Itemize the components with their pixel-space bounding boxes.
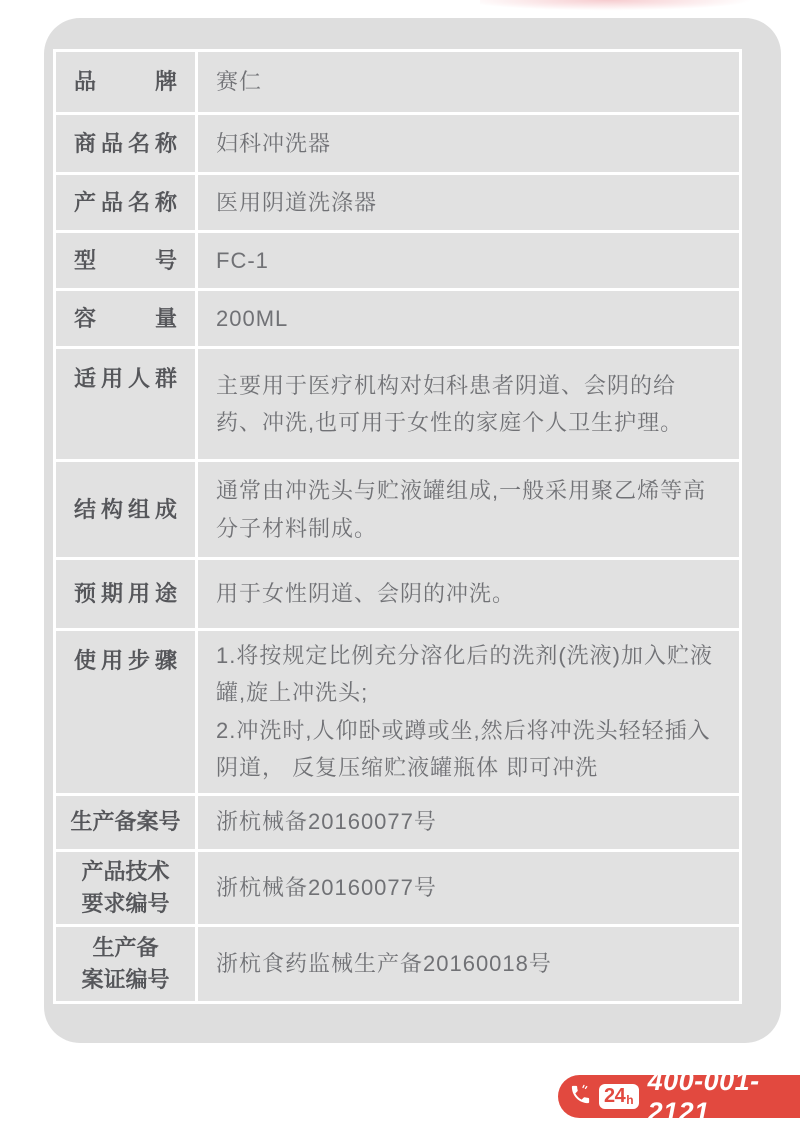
spec-row-intended-use: 预期用途 用于女性阴道、会阴的冲洗。 [56, 560, 739, 628]
spec-label-composition: 结构组成 [56, 462, 195, 557]
label-text: 商品名称 [74, 128, 177, 160]
spec-label-production-record-cert-no: 生产备 案证编号 [56, 927, 195, 1001]
spec-label-target-users: 适用人群 [56, 349, 195, 459]
spec-row-target-users: 适用人群 主要用于医疗机构对妇科患者阴道、会阴的给药、冲洗,也可用于女性的家庭个… [56, 349, 739, 459]
spec-value-composition: 通常由冲洗头与贮液罐组成,一般采用聚乙烯等高分子材料制成。 [198, 462, 739, 557]
label-text: 容量 [74, 303, 177, 335]
label-text: 产品名称 [74, 187, 177, 219]
label-text: 生产备案号 [70, 806, 180, 838]
spec-row-product-name: 商品名称 妇科冲洗器 [56, 115, 739, 172]
hotline-phone-number: 400-001-2121 [648, 1066, 800, 1121]
label-text: 型号 [74, 245, 177, 277]
spec-row-capacity: 容量 200ML [56, 291, 739, 346]
spec-row-technical-requirements-no: 产品技术 要求编号 浙杭械备20160077号 [56, 852, 739, 924]
label-text: 生产备 案证编号 [81, 932, 169, 996]
24h-badge: 24h [599, 1084, 639, 1109]
spec-value-usage-steps: 1.将按规定比例充分溶化后的洗剂(洗液)加入贮液罐,旋上冲洗头; 2.冲洗时,人… [198, 631, 739, 793]
spec-label-usage-steps: 使用步骤 [56, 631, 195, 793]
spec-label-capacity: 容量 [56, 291, 195, 346]
spec-row-registered-name: 产品名称 医用阴道洗涤器 [56, 175, 739, 230]
spec-row-brand: 品牌 赛仁 [56, 52, 739, 112]
spec-row-model: 型号 FC-1 [56, 233, 739, 288]
spec-table: 品牌 赛仁 商品名称 妇科冲洗器 产品名称 医用阴道洗涤器 型号 FC-1 容量… [53, 49, 742, 1004]
spec-row-composition: 结构组成 通常由冲洗头与贮液罐组成,一般采用聚乙烯等高分子材料制成。 [56, 462, 739, 557]
spec-row-usage-steps: 使用步骤 1.将按规定比例充分溶化后的洗剂(洗液)加入贮液罐,旋上冲洗头; 2.… [56, 631, 739, 793]
spec-label-registered-name: 产品名称 [56, 175, 195, 230]
label-text: 预期用途 [74, 578, 177, 610]
spec-value-intended-use: 用于女性阴道、会阴的冲洗。 [198, 560, 739, 628]
spec-row-production-record-no: 生产备案号 浙杭械备20160077号 [56, 796, 739, 849]
spec-value-technical-requirements-no: 浙杭械备20160077号 [198, 852, 739, 924]
phone-handset-icon [569, 1083, 592, 1111]
spec-value-production-record-cert-no: 浙杭食药监械生产备20160018号 [198, 927, 739, 1001]
spec-label-technical-requirements-no: 产品技术 要求编号 [56, 852, 195, 924]
spec-value-brand: 赛仁 [198, 52, 739, 112]
spec-value-production-record-no: 浙杭械备20160077号 [198, 796, 739, 849]
spec-value-product-name: 妇科冲洗器 [198, 115, 739, 172]
spec-label-intended-use: 预期用途 [56, 560, 195, 628]
spec-value-target-users: 主要用于医疗机构对妇科患者阴道、会阴的给药、冲洗,也可用于女性的家庭个人卫生护理… [198, 349, 739, 459]
spec-label-model: 型号 [56, 233, 195, 288]
hotline-badge[interactable]: 24h 400-001-2121 [558, 1075, 800, 1118]
spec-label-production-record-no: 生产备案号 [56, 796, 195, 849]
label-text: 结构组成 [74, 494, 177, 526]
product-spec-panel: 品牌 赛仁 商品名称 妇科冲洗器 产品名称 医用阴道洗涤器 型号 FC-1 容量… [44, 18, 781, 1043]
spec-label-product-name: 商品名称 [56, 115, 195, 172]
24h-unit: h [626, 1094, 633, 1106]
label-text: 适用人群 [74, 363, 177, 395]
label-text: 使用步骤 [74, 645, 177, 677]
label-text: 品牌 [74, 66, 177, 98]
top-pink-glow [480, 0, 800, 14]
24h-number: 24 [604, 1086, 625, 1106]
label-text: 产品技术 要求编号 [81, 856, 169, 920]
spec-label-brand: 品牌 [56, 52, 195, 112]
spec-value-model: FC-1 [198, 233, 739, 288]
spec-row-production-record-cert-no: 生产备 案证编号 浙杭食药监械生产备20160018号 [56, 927, 739, 1001]
spec-value-capacity: 200ML [198, 291, 739, 346]
spec-value-registered-name: 医用阴道洗涤器 [198, 175, 739, 230]
